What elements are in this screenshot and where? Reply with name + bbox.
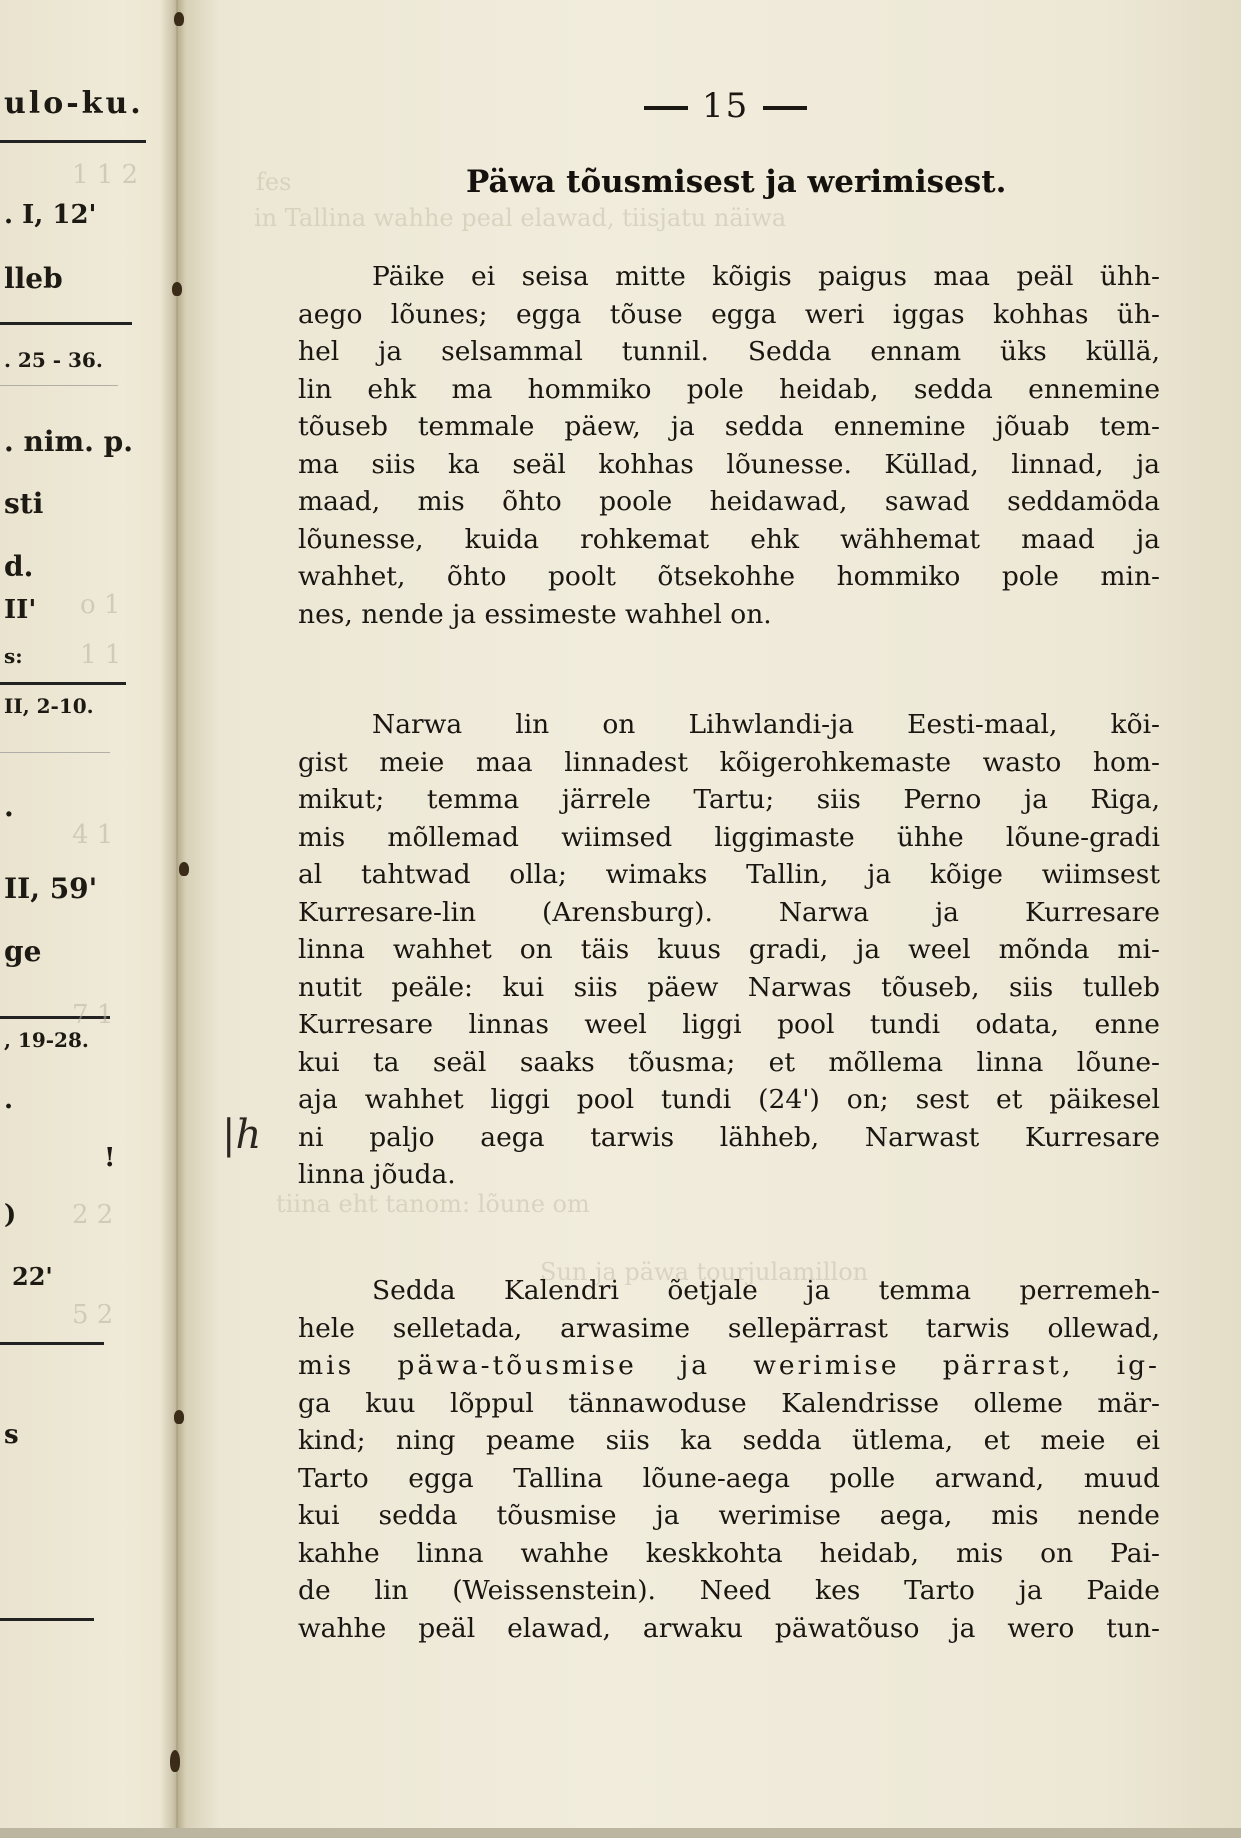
left-page-line: 22' — [12, 1262, 53, 1291]
bleed-through-text: 4 1 — [72, 820, 113, 850]
text-line: ni paljo aega tarwis lähheb, Narwast Kur… — [298, 1119, 1160, 1157]
bleed-through-text: 1 1 2 — [72, 160, 138, 190]
page-number-value: 15 — [702, 86, 749, 126]
left-page-line: . — [4, 790, 14, 823]
text-line: kui sedda tõusmise ja werimise aega, mis… — [298, 1497, 1160, 1535]
left-page-line: lleb — [4, 262, 63, 295]
handwritten-margin-note: |h — [222, 1112, 261, 1158]
bleed-through-text: 1 1 — [80, 640, 121, 670]
text-line: nes, nende ja essimeste wahhel on. — [298, 596, 1160, 634]
text-line: de lin (Weissenstein). Need kes Tarto ja… — [298, 1572, 1160, 1610]
text-line: tõuseb temmale päew, ja sedda ennemine j… — [298, 408, 1160, 446]
table-rule — [0, 682, 126, 685]
text-line: lõunesse, kuida rohkemat ehk wähhemat ma… — [298, 521, 1160, 559]
bleed-through-text: fes — [256, 168, 291, 196]
bleed-through-text: 2 2 — [72, 1200, 113, 1230]
text-line: linna jõuda. — [298, 1156, 1160, 1194]
left-page-line: . I, 12' — [4, 200, 97, 230]
text-line: Kurresare-lin (Arensburg). Narwa ja Kurr… — [298, 894, 1160, 932]
bleed-through-text: 5 2 — [72, 1300, 113, 1330]
dash-ornament — [644, 106, 688, 110]
text-line: Päike ei seisa mitte kõigis paigus maa p… — [298, 258, 1160, 296]
book-gutter — [176, 0, 178, 1838]
text-line: nutit peäle: kui siis päew Narwas tõuseb… — [298, 969, 1160, 1007]
left-page-fragment: ulo-ku. . I, 12' lleb . 25 - 36. . nim. … — [0, 0, 176, 1838]
left-page-line: II, 2-10. — [4, 694, 94, 718]
page-number: 15 — [630, 86, 821, 126]
text-line: Kurresare linnas weel liggi pool tundi o… — [298, 1006, 1160, 1044]
left-page-line: . — [4, 1085, 13, 1115]
text-line: mikut; temma järrele Tartu; siis Perno j… — [298, 781, 1160, 819]
table-rule — [0, 140, 146, 143]
text-line: al tahtwad olla; wimaks Tallin, ja kõige… — [298, 856, 1160, 894]
dash-ornament — [763, 106, 807, 110]
left-page-line: s — [4, 1420, 19, 1450]
text-line: Tarto egga Tallina lõune-aega polle arwa… — [298, 1460, 1160, 1498]
text-line: ga kuu lõppul tännawoduse Kalendrisse ol… — [298, 1385, 1160, 1423]
text-line: hele selletada, arwasime sellepärrast ta… — [298, 1310, 1160, 1348]
table-rule — [0, 1618, 94, 1621]
left-page-line: sti — [4, 487, 43, 520]
bleed-through-text: o 1 — [80, 590, 120, 620]
paragraph-3: Sedda Kalendri õetjale ja temma perremeh… — [298, 1272, 1160, 1647]
text-line: aego lõunes; egga tõuse egga weri iggas … — [298, 296, 1160, 334]
book-spread: ulo-ku. . I, 12' lleb . 25 - 36. . nim. … — [0, 0, 1241, 1838]
text-line: wahhet, õhto poolt õtsekohhe hommiko pol… — [298, 558, 1160, 596]
text-line: kind; ning peame siis ka sedda ütlema, e… — [298, 1422, 1160, 1460]
left-page-line: s: — [4, 644, 23, 668]
text-line: maad, mis õhto poole heidawad, sawad sed… — [298, 483, 1160, 521]
left-page-line: ! — [104, 1143, 115, 1173]
text-line: Narwa lin on Lihwlandi-ja Eesti-maal, kõ… — [298, 706, 1160, 744]
text-line: gist meie maa linnadest kõigerohkemaste … — [298, 744, 1160, 782]
paragraph-1: Päike ei seisa mitte kõigis paigus maa p… — [298, 258, 1160, 633]
text-line: hel ja selsammal tunnil. Sedda ennam üks… — [298, 333, 1160, 371]
section-heading: Päwa tõusmisest ja werimisest. — [466, 164, 1006, 200]
text-line: Sedda Kalendri õetjale ja temma perremeh… — [298, 1272, 1160, 1310]
left-page-line: II' — [4, 595, 36, 625]
left-page-line: . nim. p. — [4, 425, 133, 458]
text-line: aja wahhet liggi pool tundi (24') on; se… — [298, 1081, 1160, 1119]
text-line: wahhe peäl elawad, arwaku päwatõuso ja w… — [298, 1610, 1160, 1648]
left-page-line: ) — [4, 1200, 16, 1230]
left-page-line: ge — [4, 935, 41, 968]
table-rule — [0, 385, 118, 386]
bleed-through-text: tiina eht tanom: lõune om — [276, 1190, 590, 1218]
left-page-line: , 19-28. — [4, 1028, 89, 1052]
text-line: kui ta seäl saaks tõusma; et mõllema lin… — [298, 1044, 1160, 1082]
text-line: lin ehk ma hommiko pole heidab, sedda en… — [298, 371, 1160, 409]
table-rule — [0, 322, 132, 325]
bleed-through-text: 7 1 — [72, 1000, 113, 1030]
text-line: linna wahhet on täis kuus gradi, ja weel… — [298, 931, 1160, 969]
text-line: ma siis ka seäl kohhas lõunesse. Küllad,… — [298, 446, 1160, 484]
table-rule — [0, 752, 110, 753]
right-page: fes in Tallina wahhe peal elawad, tiisja… — [180, 0, 1241, 1838]
paragraph-2: Narwa lin on Lihwlandi-ja Eesti-maal, kõ… — [298, 706, 1160, 1194]
left-page-line: II, 59' — [4, 872, 97, 905]
left-page-line: d. — [4, 550, 33, 583]
left-page-header: ulo-ku. — [4, 86, 144, 121]
bleed-through-text: in Tallina wahhe peal elawad, tiisjatu n… — [254, 204, 786, 232]
text-line: mis mõllemad wiimsed liggimaste ühhe lõu… — [298, 819, 1160, 857]
left-page-line: . 25 - 36. — [4, 348, 103, 372]
text-line: kahhe linna wahhe keskkohta heidab, mis … — [298, 1535, 1160, 1573]
text-line: mis päwa-tõusmise ja werimise pärrast, i… — [298, 1347, 1160, 1385]
table-rule — [0, 1342, 104, 1345]
page-bottom-edge — [0, 1828, 1241, 1838]
